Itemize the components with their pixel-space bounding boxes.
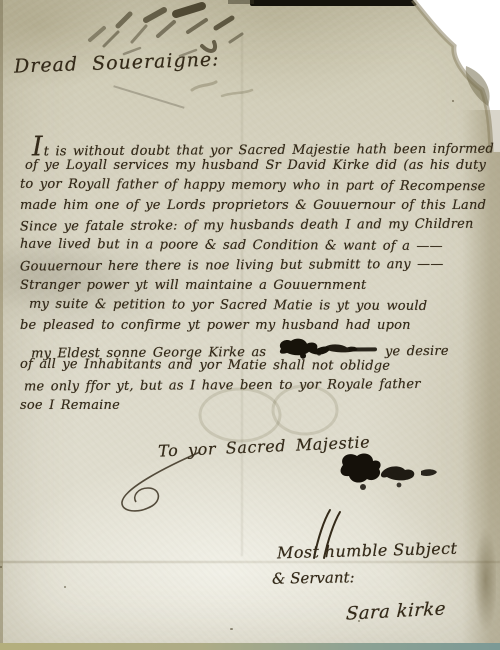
ink-smudge-right-of-salutation (188, 72, 258, 102)
letter-line: made him one of ye Lords proprietors & G… (20, 196, 494, 216)
address-flourish (108, 444, 228, 520)
horizontal-crease (0, 561, 500, 563)
letter-line: Since ye fatale stroke: of my husbands d… (20, 215, 494, 238)
letter-line: It is without doubt that yor Sacred Maje… (32, 135, 494, 158)
letter-line-with-blot: my Eldest sonne George Kirke as ye desir… (31, 335, 494, 358)
scan-edge-strip (250, 0, 417, 6)
ink-speck (64, 586, 66, 588)
bottom-scan-strip (0, 643, 500, 650)
letter-scan: Dread Soueraigne: It is without doubt th… (0, 0, 500, 650)
letter-line: be pleased to confirme yt power my husba… (20, 316, 494, 336)
ink-speck (0, 566, 2, 568)
right-edge-dark-patch (470, 520, 496, 640)
closing-line: & Servant: (272, 568, 355, 587)
ink-blot-mid (273, 335, 379, 354)
letter-line: of all ye Inhabitants and yor Matie shal… (20, 355, 494, 377)
ink-blot-address (333, 449, 445, 491)
letter-line: to yor Royall father of happy memory who… (20, 175, 494, 197)
letter-line: Gouuernour here there is noe living but … (20, 255, 494, 278)
ink-speck (230, 628, 233, 630)
letter-line: have lived but in a poore & sad Conditio… (20, 235, 494, 257)
letter-line: Stranger power yt will maintaine a Gouue… (20, 276, 494, 296)
letter-body: It is without doubt that yor Sacred Maje… (20, 136, 494, 416)
ink-speck (452, 100, 454, 102)
left-edge-shadow (0, 0, 3, 650)
letter-line: my suite & petition to yor Sacred Matie … (29, 295, 494, 317)
